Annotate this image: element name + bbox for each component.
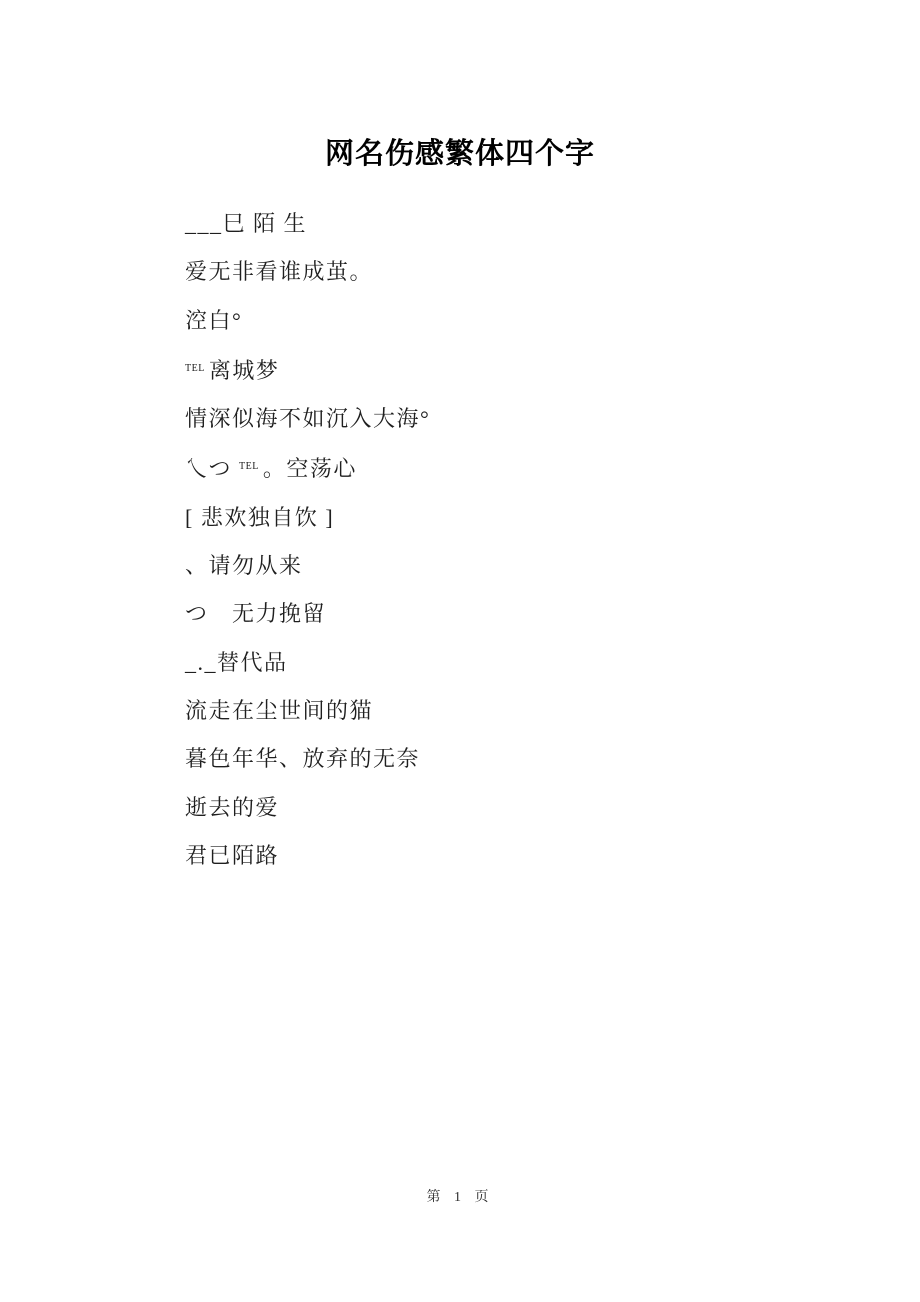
line-text: 情深似海不如沉入大海° (185, 406, 430, 431)
content-line: _._替代品 (185, 639, 840, 687)
page-footer: 第 1 页 (0, 1186, 920, 1206)
line-text: 乀つ (185, 456, 239, 481)
content-line: 、请勿从来 (185, 542, 840, 590)
line-text: 、请勿从来 (185, 553, 303, 578)
content-line: 乀つ TEL。空荡心 (185, 443, 840, 493)
line-text: 暮色年华、放弃的无奈 (185, 746, 420, 771)
line-text: 。空荡心 (263, 456, 357, 481)
tel-superscript: TEL (185, 363, 209, 374)
content-line: 流走在尘世间的猫 (185, 687, 840, 735)
content-line: 君已陌路 (185, 832, 840, 880)
footer-page-number: 第 1 页 (427, 1190, 494, 1205)
page-title: 网名伤感繁体四个字 (0, 131, 920, 172)
content-line: 暮色年华、放弃的无奈 (185, 735, 840, 783)
content-line: つ 无力挽留 (185, 590, 840, 638)
document-page: 网名伤感繁体四个字 ___巳 陌 生爱无非看谁成茧。涳白°TEL离城梦情深似海不… (0, 0, 920, 1302)
content-line: 涳白° (185, 297, 840, 345)
line-text: ___巳 陌 生 (185, 211, 307, 236)
content-line: 情深似海不如沉入大海° (185, 395, 840, 443)
content-line: 爱无非看谁成茧。 (185, 248, 840, 296)
line-text: 涳白° (185, 308, 242, 333)
content-line: TEL离城梦 (185, 345, 840, 395)
content-line: [ 悲欢独自饮 ] (185, 494, 840, 542)
line-text: つ 无力挽留 (185, 601, 326, 626)
content-line: ___巳 陌 生 (185, 200, 840, 248)
line-text: 流走在尘世间的猫 (185, 698, 373, 723)
document-body: ___巳 陌 生爱无非看谁成茧。涳白°TEL离城梦情深似海不如沉入大海°乀つ T… (185, 200, 840, 880)
line-text: [ 悲欢独自饮 ] (185, 505, 334, 530)
line-text: 君已陌路 (185, 843, 279, 868)
line-text: 离城梦 (209, 358, 280, 383)
tel-superscript: TEL (239, 461, 263, 472)
line-text: 逝去的爱 (185, 795, 279, 820)
content-line: 逝去的爱 (185, 784, 840, 832)
line-text: 爱无非看谁成茧。 (185, 259, 373, 284)
line-text: _._替代品 (185, 650, 288, 675)
